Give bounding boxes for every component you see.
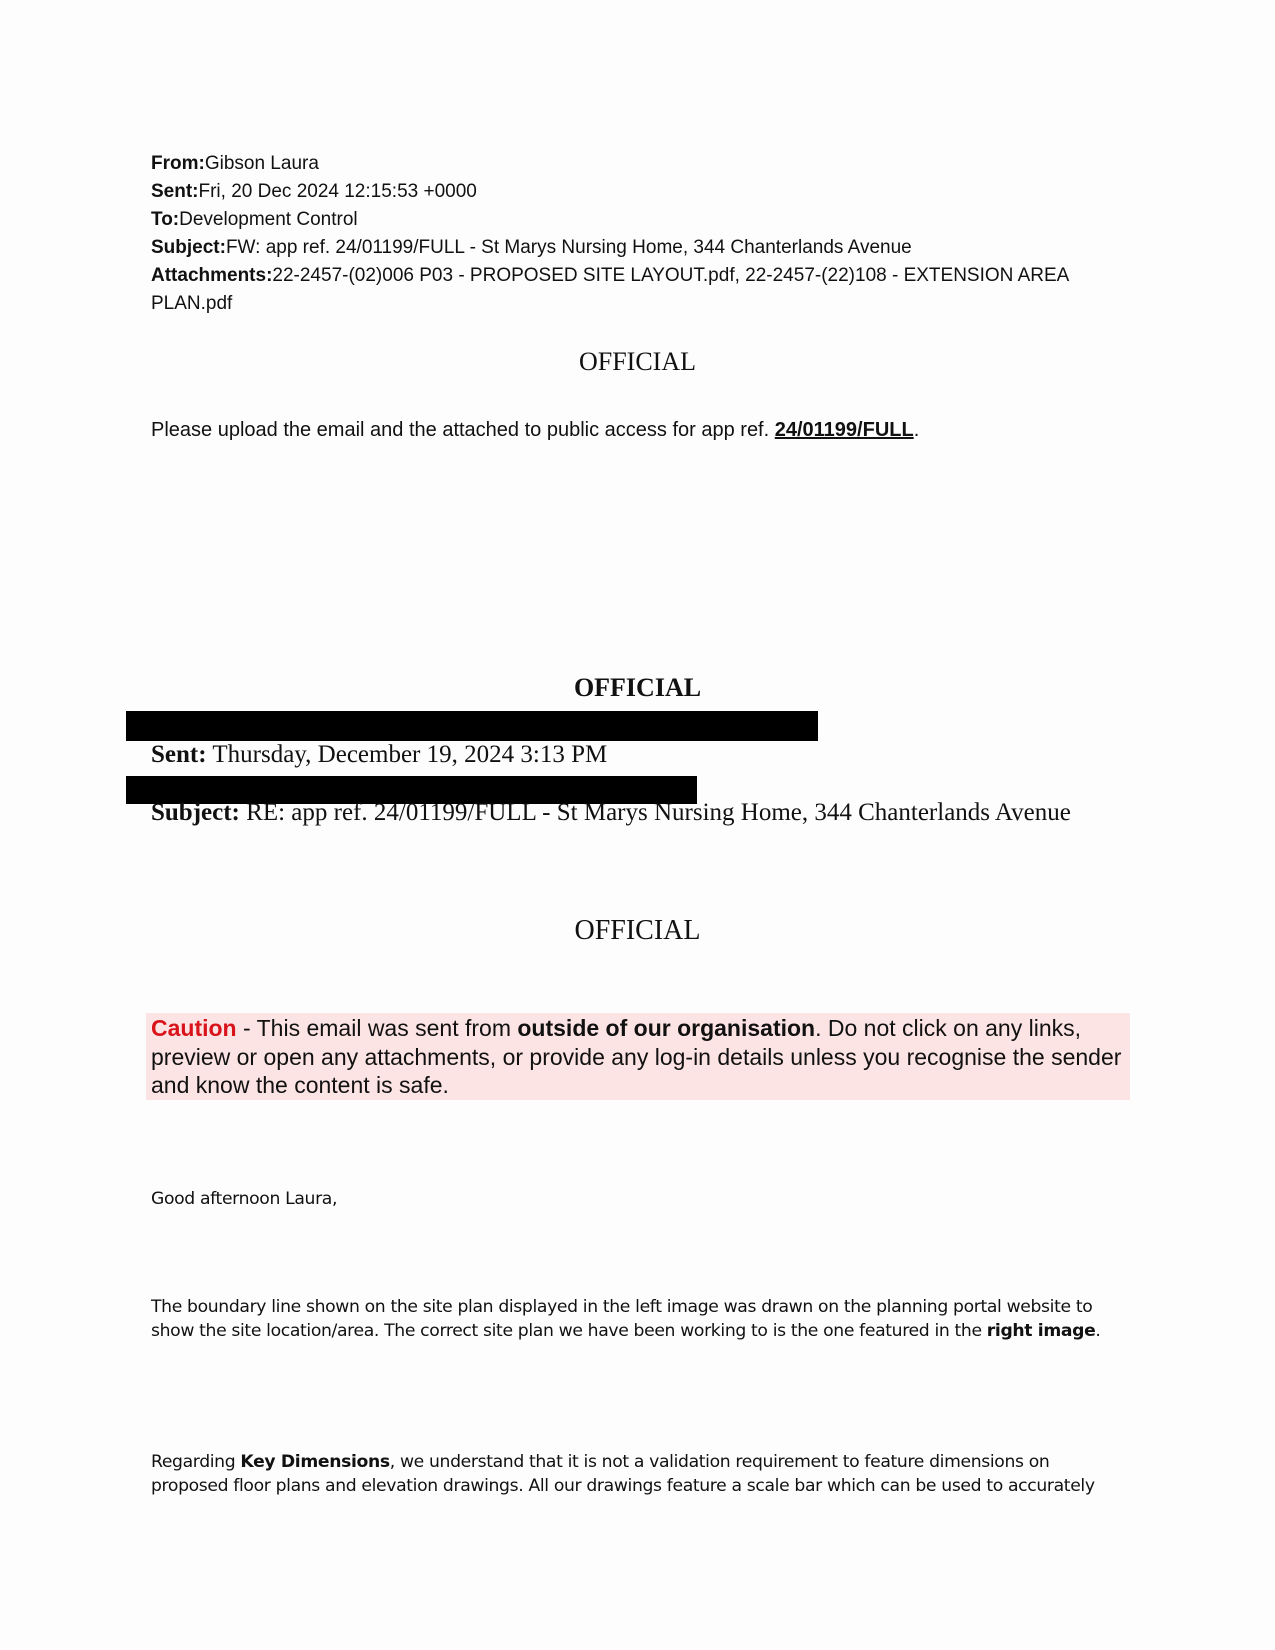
email-header-sent: Sent:Fri, 20 Dec 2024 12:15:53 +0000 (151, 178, 477, 206)
para2-start: Regarding (151, 1452, 240, 1472)
caution-text-1: - This email was sent from (237, 1015, 518, 1041)
email-header-attachments: Attachments:22-2457-(02)006 P03 - PROPOS… (151, 262, 1069, 290)
classification-marking-bold: OFFICIAL (0, 672, 1275, 704)
to-value: Development Control (179, 209, 357, 230)
para1-end: . (1095, 1321, 1100, 1341)
email-header-from: From:Gibson Laura (151, 150, 319, 178)
email-header-subject: Subject:FW: app ref. 24/01199/FULL - St … (151, 234, 912, 262)
from-value: Gibson Laura (205, 153, 319, 174)
quoted-subject-value: RE: app ref. 24/01199/FULL - St Marys Nu… (246, 799, 1071, 826)
greeting: Good afternoon Laura, (151, 1187, 337, 1211)
sent-label: Sent: (151, 181, 199, 202)
body-paragraph: The boundary line shown on the site plan… (151, 1295, 1126, 1343)
subject-value: FW: app ref. 24/01199/FULL - St Marys Nu… (226, 237, 912, 258)
email-header-attachments-cont: PLAN.pdf (151, 290, 232, 318)
sent-value: Fri, 20 Dec 2024 12:15:53 +0000 (199, 181, 477, 202)
quoted-header-sent: Sent: Thursday, December 19, 2024 3:13 P… (151, 739, 607, 771)
quoted-sent-value: Thursday, December 19, 2024 3:13 PM (212, 741, 607, 768)
attachments-value-cont[interactable]: PLAN.pdf (151, 293, 232, 314)
caution-text-bold: outside of our organisation (517, 1015, 815, 1041)
redaction-bar (126, 711, 818, 741)
forward-note-suffix: . (914, 419, 920, 441)
email-header-to: To:Development Control (151, 206, 358, 234)
from-label: From: (151, 153, 205, 174)
quoted-header-subject: Subject: RE: app ref. 24/01199/FULL - St… (151, 797, 1071, 829)
forward-note: Please upload the email and the attached… (151, 416, 919, 444)
para1-bold: right image (987, 1321, 1096, 1341)
body-paragraph: Regarding Key Dimensions, we understand … (151, 1450, 1126, 1498)
app-ref-link[interactable]: 24/01199/FULL (775, 419, 914, 441)
attachments-label: Attachments: (151, 265, 272, 286)
to-label: To: (151, 209, 179, 230)
classification-marking: OFFICIAL (0, 914, 1275, 948)
caution-text: Caution - This email was sent from outsi… (151, 1014, 1126, 1100)
attachments-value[interactable]: 22-2457-(02)006 P03 - PROPOSED SITE LAYO… (272, 265, 1069, 286)
forward-note-text: Please upload the email and the attached… (151, 419, 775, 441)
quoted-subject-label: Subject: (151, 799, 240, 826)
quoted-sent-label: Sent: (151, 741, 207, 768)
caution-label: Caution (151, 1015, 237, 1041)
classification-marking: OFFICIAL (0, 346, 1275, 378)
para1-text: The boundary line shown on the site plan… (151, 1297, 1092, 1341)
subject-label: Subject: (151, 237, 226, 258)
para2-bold: Key Dimensions (240, 1452, 389, 1472)
